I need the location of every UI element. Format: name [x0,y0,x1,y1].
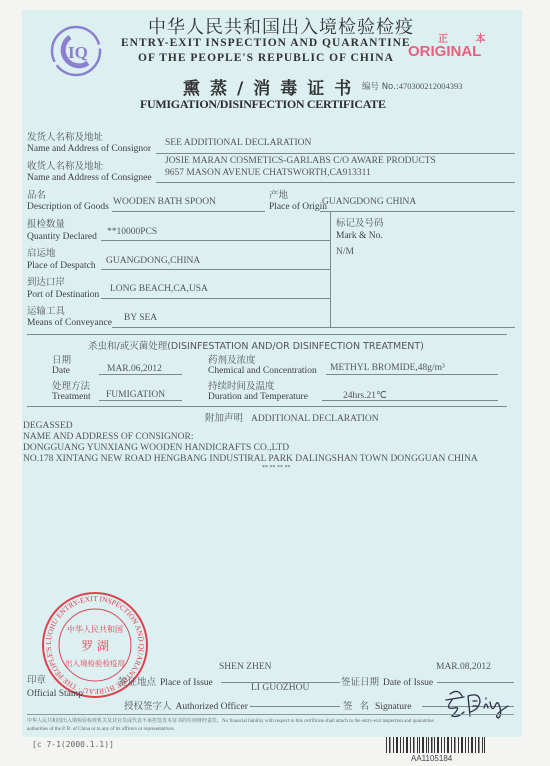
section-divider-additional [27,406,507,407]
method-label-cn: 处理方法 [52,378,90,392]
chemical-label-en: Chemical and Concentration [208,366,317,376]
treatment-date-label-cn: 日期 [52,352,71,366]
consignor-label-cn: 发货人名称及地址 [27,129,103,143]
duration-label-en: Duration and Temperature [208,392,308,402]
date-of-issue-label-en: Date of Issue [383,678,433,688]
place-of-issue-label-en: Place of Issue [160,678,213,688]
method-value: FUMIGATION [106,390,165,400]
authorized-officer-label-en: Authorized Officer [176,702,248,712]
certificate-title-en: FUMIGATION/DISINFECTION CERTIFICATE [140,97,386,112]
ciq-logo-icon: IQ [50,25,102,77]
despatch-label-cn: 启运地 [27,245,56,259]
date-of-issue-value: MAR.08,2012 [436,662,491,672]
consignee-value-line1: JOSIE MARAN COSMETICS-GARLABS C/O AWARE … [165,156,436,166]
duration-underline [322,400,498,401]
despatch-value: GUANGDONG,CHINA [106,256,200,266]
authorized-officer-value: LI GUOZHOU [251,683,309,693]
section-divider-treatment [27,334,507,335]
signature-label-cn: 签 名 [343,701,371,712]
authorized-officer-underline [250,706,340,707]
additional-heading-cn: 附加声明 [205,413,243,424]
svg-text:IQ: IQ [68,43,88,62]
signature-label-en: Signature [375,702,411,712]
consignor-underline [156,153,515,154]
despatch-underline [101,269,330,270]
authority-title-en-1: ENTRY-EXIT INSPECTION AND QUARANTINE [121,37,411,49]
additional-line: DONGGUANG YUNXIANG WOODEN HANDICRAFTS CO… [23,443,289,453]
additional-heading: 附加声明 ADDITIONAL DECLARATION [205,408,379,426]
additional-line: DEGASSED [23,421,73,431]
duration-label-cn: 持续时间及温度 [208,378,275,392]
place-of-issue-label: 签证地点 Place of Issue [118,672,213,690]
additional-line: NO.178 XINTANG NEW ROAD HENGBANG INDUSTI… [23,454,478,464]
additional-end-marker: ** ** ** ** [262,465,291,471]
quantity-underline [101,240,330,241]
certificate-number-value: 470300212004393 [399,81,463,91]
origin-underline [320,211,515,212]
conveyance-label-en: Means of Conveyance [27,318,112,328]
place-of-issue-label-cn: 签证地点 [118,677,156,688]
despatch-label-en: Place of Despatch [27,261,96,271]
destination-label-cn: 到达口岸 [27,274,65,288]
consignee-underline [156,182,515,183]
barcode-number: AA1105184 [411,754,452,763]
certificate-number: 编号 No.:470300212004393 [362,80,462,92]
conveyance-underline [112,327,515,328]
treatment-date-label-en: Date [52,366,70,376]
method-underline [99,400,182,401]
treatment-heading: 杀虫和/或灭菌处理(DISINFESTATION AND/OR DISINFEC… [88,338,424,352]
date-of-issue-label: 签证日期 Date of Issue [341,672,433,690]
conveyance-value: BY SEA [124,313,157,323]
consignee-value-line2: 9657 MASON AVENUE CHATSWORTH,CA913311 [165,168,371,178]
quantity-label-en: Quantity Declared [27,232,97,242]
origin-value: GUANGDONG CHINA [322,197,416,207]
additional-line: NAME AND ADDRESS OF CONSIGNOR: [23,432,194,442]
barcode-icon [386,737,486,753]
consignee-label-en: Name and Address of Consignee [27,173,152,183]
destination-value: LONG BEACH,CA,USA [110,284,208,294]
marks-label-cn: 标记及号码 [336,215,384,229]
date-of-issue-underline [437,682,514,683]
authority-title-en-2: OF THE PEOPLE'S REPUBLIC OF CHINA [138,52,394,64]
copy-label-original: ORIGINAL [408,43,481,60]
footer-divider [27,714,514,715]
consignor-label-en: Name and Address of Consignor [27,144,151,154]
consignee-label-cn: 收货人名称及地址 [27,158,103,172]
authorized-officer-label: 授权签字人 Authorized Officer [124,696,248,714]
marks-label-en: Mark & No. [336,231,383,241]
place-of-issue-value: SHEN ZHEN [219,662,272,672]
quantity-label-cn: 报检数量 [27,216,65,230]
stamp-label-en: Official Stamp [27,689,83,699]
disclaimer-line2: authorities of the P. R. of China or to … [27,727,175,732]
certificate-title-cn: 熏蒸/消毒证书 [183,74,361,99]
destination-label-en: Port of Destination [27,290,99,300]
treatment-date-value: MAR.06,2012 [107,364,162,374]
stamp-label-cn: 印章 [27,672,46,686]
chemical-label-cn: 药剂及浓度 [208,352,256,366]
marks-value: N/M [336,247,354,257]
marks-box-divider [330,211,331,327]
form-code: [c 7-1(2000.1.1)] [32,740,114,749]
origin-label-en: Place of Origin [269,202,327,212]
disclaimer-line1: 中华人民共和国出入境检验检疫机关及其官员或代表不承担签发本证书的任何财经责任。N… [27,717,434,724]
origin-label-cn: 产地 [269,187,288,201]
chemical-value: METHYL BROMIDE,48g/m³ [330,363,445,373]
date-of-issue-label-cn: 签证日期 [341,677,379,688]
additional-heading-en: ADDITIONAL DECLARATION [251,414,379,424]
destination-underline [101,298,330,299]
treatment-date-underline [99,374,182,375]
goods-underline [112,211,265,212]
certificate-number-label: 编号 No.: [362,82,399,92]
stamp-center-bottom: 出入境检验检疫局 [65,658,125,668]
quantity-value: **10000PCS [107,227,157,237]
method-label-en: Treatment [52,392,91,402]
authority-title-cn: 中华人民共和国出入境检验检疫 [148,13,414,39]
stamp-center-top: 中华人民共和国 [67,624,123,634]
stamp-center-mid: 罗 湖 [81,638,109,653]
signature-label: 签 名 Signature [343,696,411,714]
consignor-value: SEE ADDITIONAL DECLARATION [165,138,311,148]
conveyance-label-cn: 运输工具 [27,303,65,317]
goods-label-en: Description of Goods [27,202,109,212]
goods-value: WOODEN BATH SPOON [113,197,216,207]
chemical-underline [326,374,498,375]
goods-label-cn: 品名 [27,187,46,201]
authorized-officer-label-cn: 授权签字人 [124,701,172,712]
